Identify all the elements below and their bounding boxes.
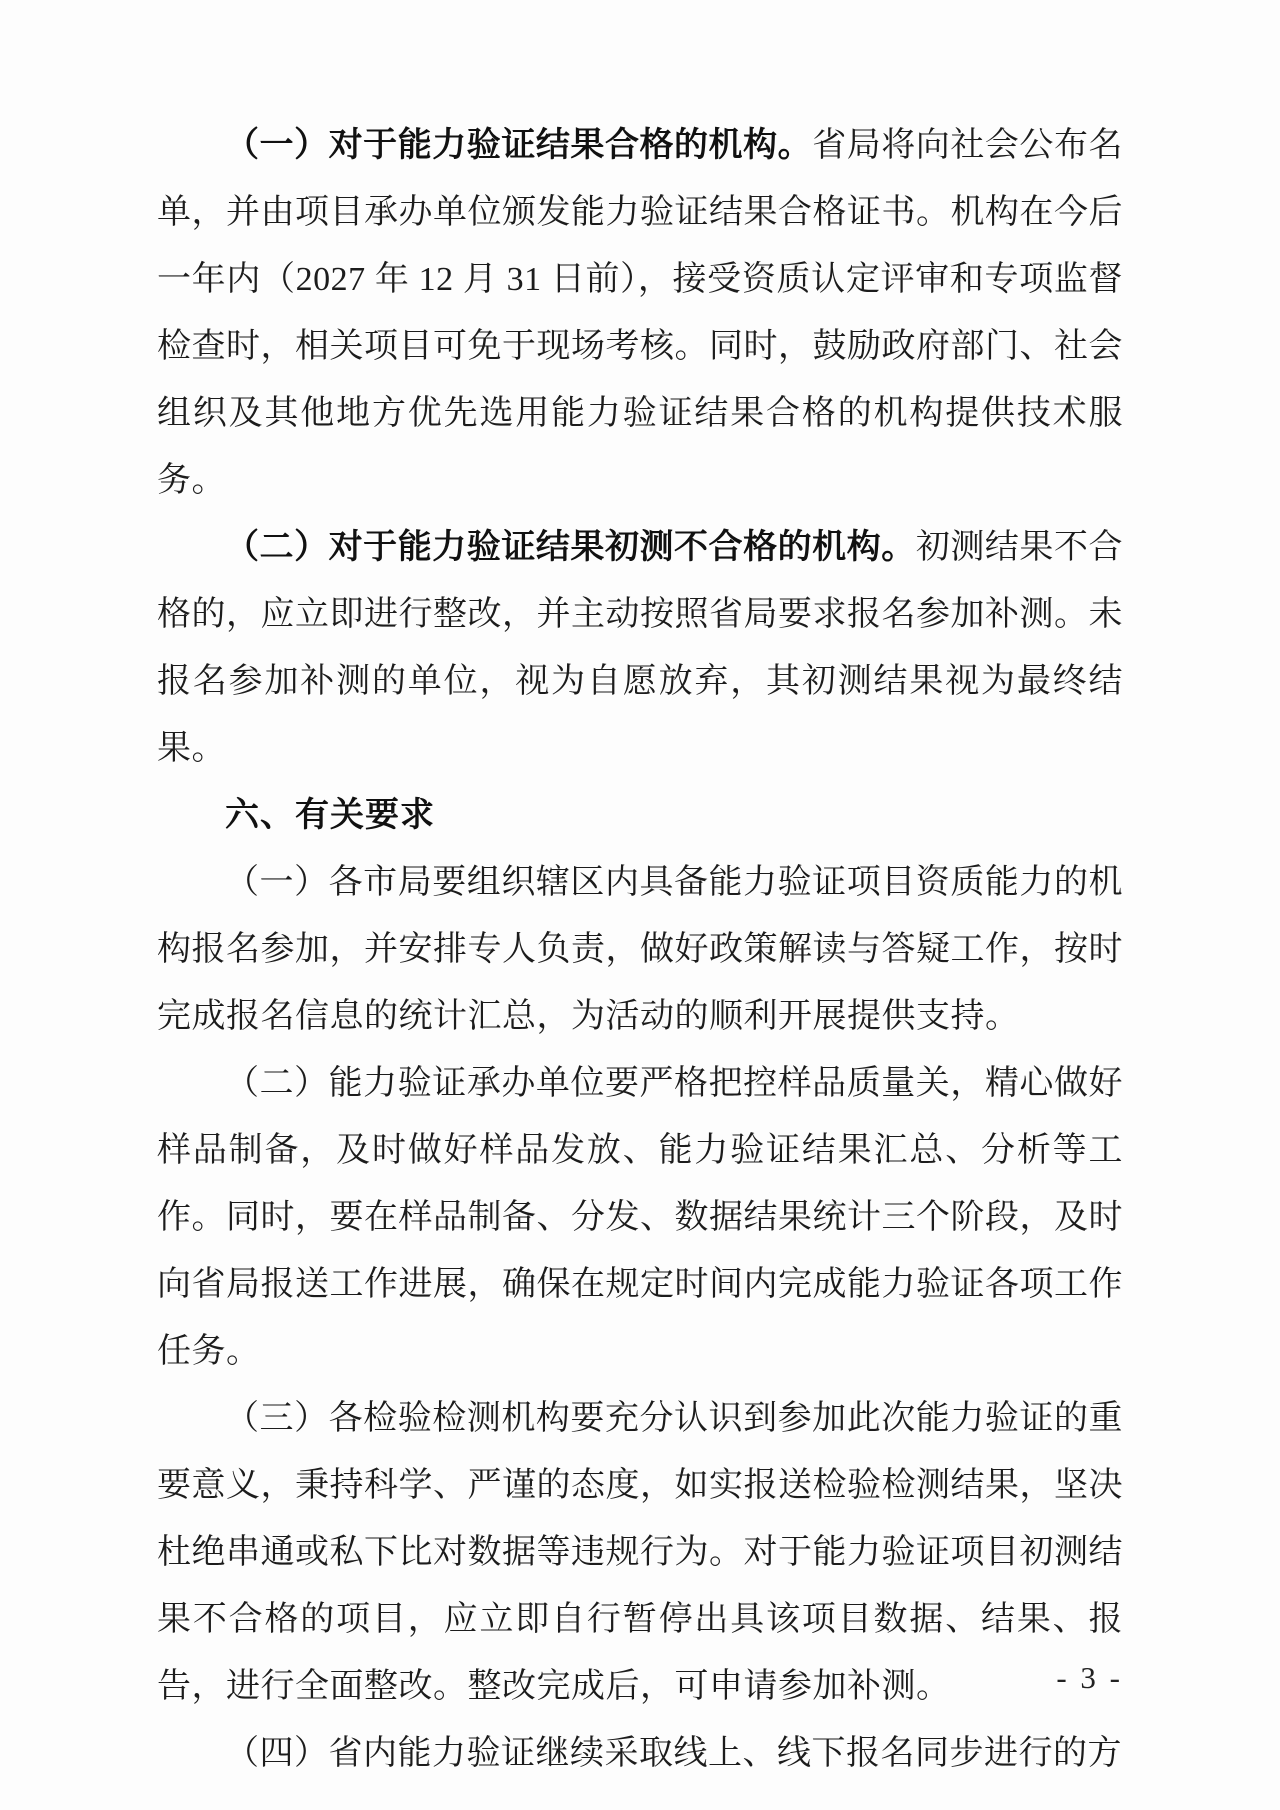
section-heading-requirements: 六、有关要求	[157, 782, 1123, 849]
document-page: （一）对于能力验证结果合格的机构。省局将向社会公布名单，并由项目承办单位颁发能力…	[0, 0, 1280, 1810]
page-number: - 3 -	[1056, 1660, 1123, 1696]
paragraph-lead-bold: （一）对于能力验证结果合格的机构。	[225, 127, 812, 164]
paragraph-text: 省局将向社会公布名单，并由项目承办单位颁发能力验证结果合格证书。机构在今后一年内…	[157, 127, 1123, 499]
document-body: （一）对于能力验证结果合格的机构。省局将向社会公布名单，并由项目承办单位颁发能力…	[157, 112, 1123, 1787]
paragraph-result-unqualified: （二）对于能力验证结果初测不合格的机构。初测结果不合格的，应立即进行整改，并主动…	[157, 514, 1123, 782]
paragraph-requirement-3: （三）各检验检测机构要充分认识到参加此次能力验证的重要意义，秉持科学、严谨的态度…	[157, 1385, 1123, 1720]
paragraph-requirement-2: （二）能力验证承办单位要严格把控样品质量关，精心做好样品制备，及时做好样品发放、…	[157, 1050, 1123, 1385]
paragraph-requirement-4-truncated: （四）省内能力验证继续采取线上、线下报名同步进行的方	[157, 1720, 1123, 1787]
paragraph-requirement-1: （一）各市局要组织辖区内具备能力验证项目资质能力的机构报名参加，并安排专人负责，…	[157, 849, 1123, 1050]
paragraph-result-qualified: （一）对于能力验证结果合格的机构。省局将向社会公布名单，并由项目承办单位颁发能力…	[157, 112, 1123, 514]
paragraph-lead-bold: （二）对于能力验证结果初测不合格的机构。	[225, 529, 916, 566]
